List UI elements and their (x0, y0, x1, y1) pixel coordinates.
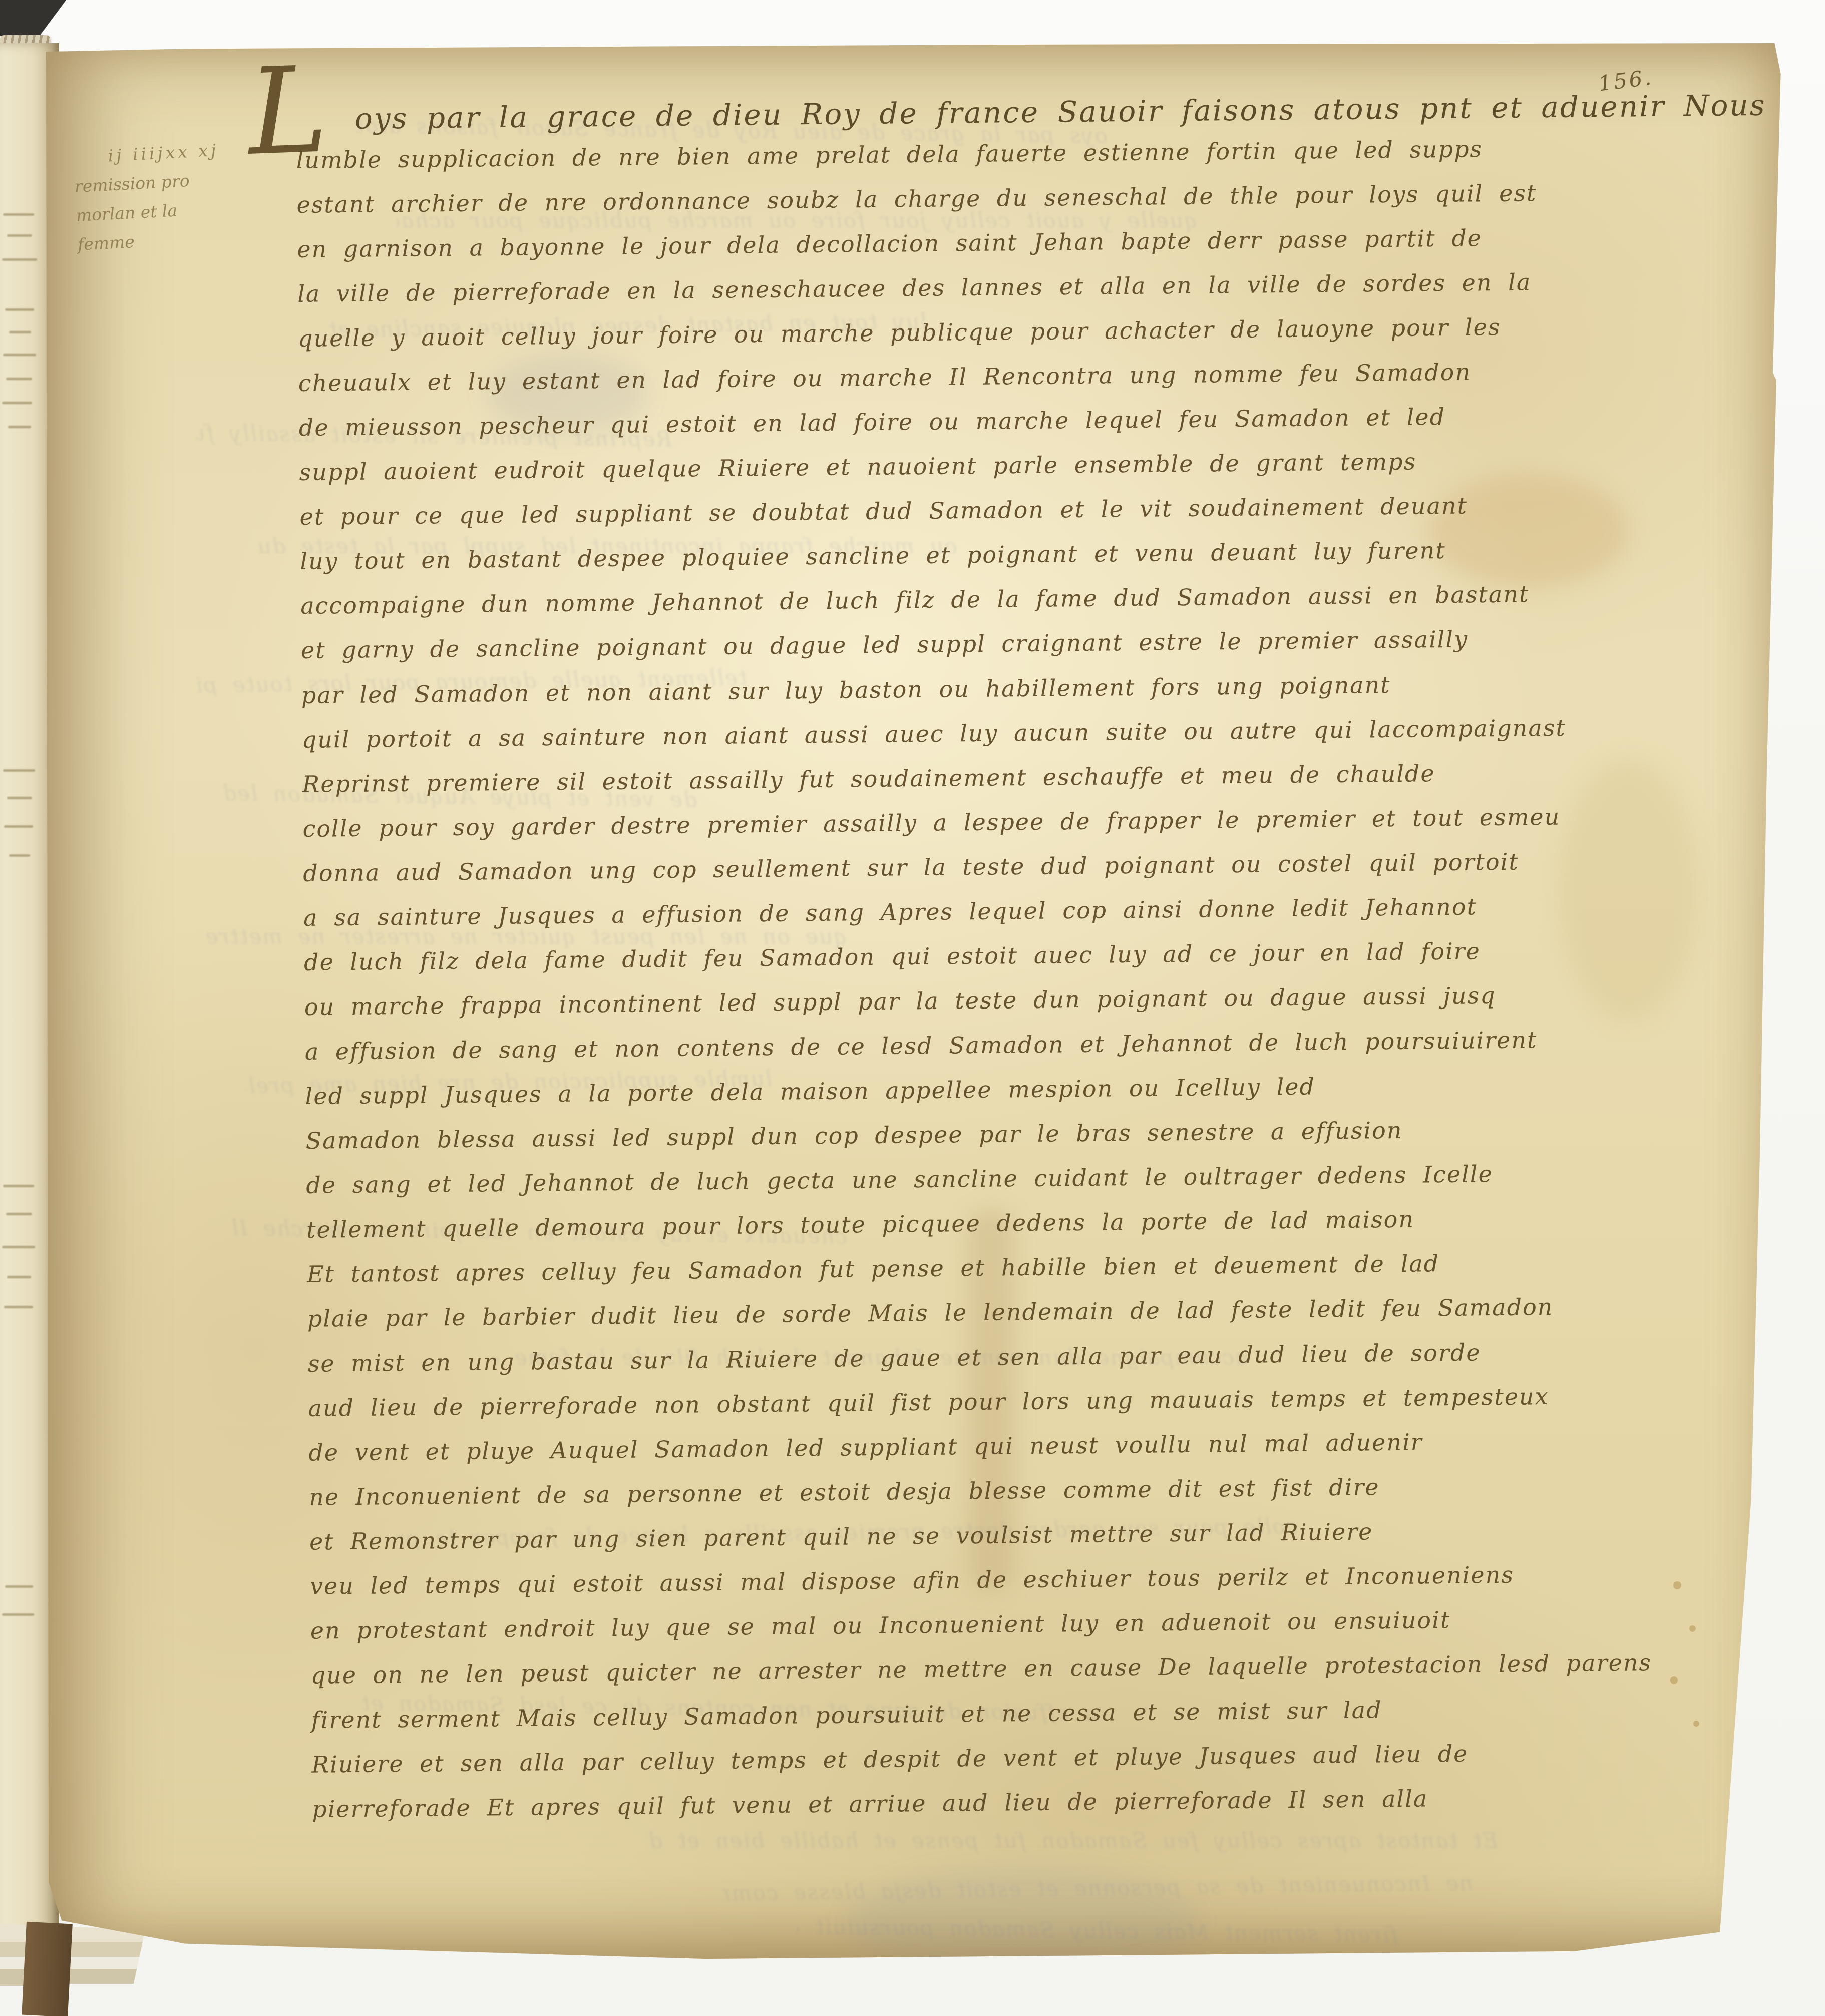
previous-page-text-fragment (9, 854, 30, 857)
text-line: ou marche frappa incontinent led suppl p… (304, 982, 1496, 1021)
manuscript-page: oys par la grace de dieu Roy de france S… (46, 43, 1782, 1959)
previous-page-text-fragment (4, 825, 33, 828)
text-line: la ville de pierreforade en la seneschau… (297, 268, 1531, 307)
text-line: luy tout en bastant despee ploquiee sanc… (300, 537, 1446, 575)
previous-page-text-fragment (3, 213, 34, 216)
previous-page-text-fragment (3, 1185, 34, 1187)
stain-dot (1689, 1625, 1696, 1632)
text-line: aud lieu de pierreforade non obstant qui… (308, 1383, 1549, 1422)
previous-page-text-fragment (7, 797, 32, 799)
text-line: plaie par le barbier dudit lieu de sorde… (307, 1293, 1554, 1332)
text-line: donna aud Samadon ung cop seullement sur… (303, 848, 1519, 887)
stain (1428, 474, 1628, 589)
text-line: firent serment Mais celluy Samadon pours… (311, 1696, 1382, 1734)
text-line: suppl auoient eudroit quelque Riuiere et… (299, 448, 1416, 486)
text-line: cheuaulx et luy estant en lad foire ou m… (298, 358, 1471, 396)
text-line: en garnison a bayonne le jour dela decol… (297, 224, 1482, 263)
previous-page-text-fragment (6, 378, 32, 380)
text-line: et garny de sancline poignant ou dague l… (301, 626, 1469, 664)
bottom-page-edges (0, 1924, 145, 1984)
stain (847, 1866, 1198, 1976)
manuscript-scan: oys par la grace de dieu Roy de france S… (0, 0, 1825, 2016)
text-line: pierreforade Et apres quil fut venu et a… (312, 1785, 1428, 1822)
previous-page-text-fragment (7, 1276, 31, 1278)
stain-dot (1670, 1676, 1678, 1684)
previous-page-text-fragment (6, 1213, 32, 1215)
text-line: que on ne len peust quicter ne arrester … (310, 1649, 1652, 1689)
text-line: a sa sainture Jusques a effusion de sang… (303, 893, 1477, 931)
text-line: de sang et led Jehannot de luch gecta un… (306, 1160, 1493, 1199)
previous-page-text-fragment (5, 1585, 33, 1588)
text-line: quil portoit a sa sainture non aiant aus… (302, 714, 1567, 753)
text-line: led suppl Jusques a la porte dela maison… (305, 1073, 1315, 1110)
text-line: en protestant endroit luy que se mal ou … (310, 1606, 1451, 1644)
stain-dot (1693, 1721, 1699, 1727)
previous-page-text-fragment (2, 402, 32, 404)
previous-page-text-fragment (4, 1306, 33, 1308)
text-line: oys par la grace de dieu Roy de france S… (355, 86, 1825, 135)
text-line: de luch filz dela fame dudit feu Samadon… (304, 937, 1481, 976)
previous-page-text-fragment (2, 1246, 35, 1248)
text-line: tellement quelle demoura pour lors toute… (306, 1206, 1414, 1243)
previous-page-text-fragment (2, 258, 37, 261)
manuscript-text: oys par la grace de dieu Roy de france S… (295, 58, 1747, 72)
text-line: de vent et pluye Auquel Samadon led supp… (308, 1429, 1423, 1466)
stain-dot (1673, 1581, 1681, 1589)
previous-page-text-fragment (7, 234, 32, 237)
text-line: veu led temps qui estoit aussi mal dispo… (310, 1561, 1514, 1600)
text-line: et pour ce que led suppliant se doubtat … (299, 492, 1468, 530)
text-line: accompaigne dun nomme Jehannot de luch f… (300, 580, 1530, 619)
text-line: et Remonstrer par ung sien parent quil n… (309, 1518, 1373, 1555)
binding-corner (0, 0, 66, 40)
text-line: de mieusson pescheur qui estoit en lad f… (299, 403, 1446, 441)
previous-page-text-fragment (9, 331, 31, 333)
text-line: quelle y auoit celluy jour foire ou marc… (298, 313, 1501, 352)
previous-page-text-fragment (8, 426, 31, 428)
previous-page-text-fragment (3, 354, 36, 356)
text-line: par led Samadon et non aiant sur luy bas… (301, 671, 1391, 709)
previous-page-text-fragment (5, 308, 34, 311)
text-line: Riuiere et sen alla par celluy temps et … (311, 1740, 1469, 1778)
text-line: a effusion de sang et non contens de ce … (305, 1026, 1538, 1065)
spine-bottom (22, 1922, 73, 2016)
stain (1558, 759, 1698, 1020)
previous-page-text-fragment (2, 1613, 34, 1616)
text-line: Et tantost apres celluy feu Samadon fut … (307, 1250, 1440, 1288)
text-line: se mist en ung bastau sur la Riuiere de … (307, 1338, 1481, 1377)
text-line: Reprinst premiere sil estoit assailly fu… (302, 760, 1435, 798)
previous-page-text-fragment (3, 769, 35, 772)
bleedthrough-text: Et tantost apres celluy feu Samadon fut … (647, 1828, 1498, 1853)
text-line: colle pour soy garder destre premier ass… (302, 803, 1560, 842)
text-line: lumble supplicacion de nre bien ame prel… (296, 135, 1483, 174)
text-line: estant archier de nre ordonnance soubz l… (296, 179, 1537, 218)
text-line: Samadon blessa aussi led suppl dun cop d… (305, 1117, 1402, 1154)
text-line: ne Inconuenient de sa personne et estoit… (309, 1473, 1380, 1511)
